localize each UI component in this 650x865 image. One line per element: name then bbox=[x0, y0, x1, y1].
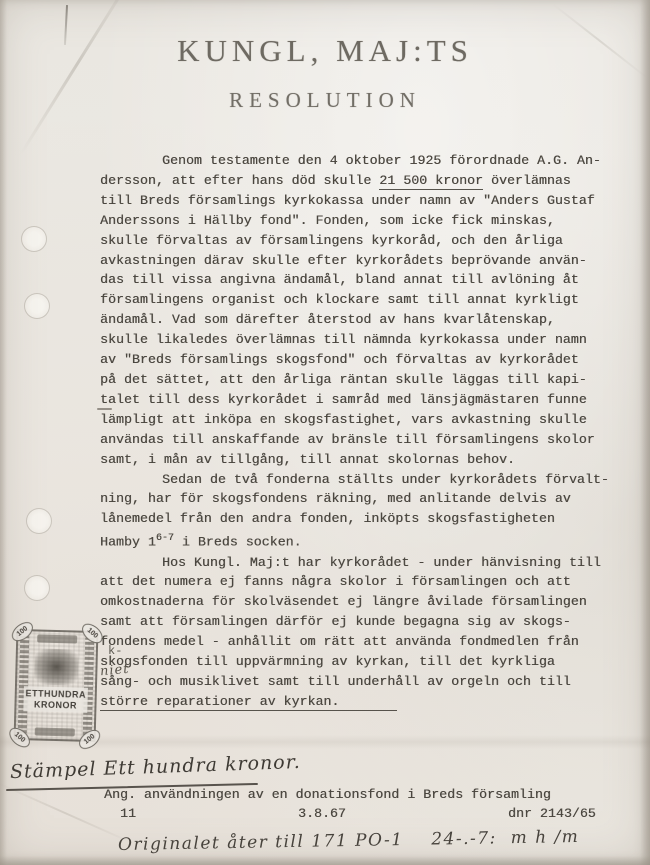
body-text: lämpligt att inköpa en skogsfastighet, v… bbox=[100, 412, 587, 427]
body-line: Sedan de två fonderna ställts under kyrk… bbox=[100, 470, 612, 490]
handwritten-stamp-note: Stämpel Ett hundra kronor. bbox=[10, 751, 301, 783]
footer-date: 3.8.67 bbox=[298, 806, 346, 821]
stamp-text-line2: KRONOR bbox=[23, 699, 87, 711]
body-text: Hos Kungl. Maj:t har kyrkorådet - under … bbox=[162, 555, 601, 570]
paper-edge bbox=[0, 0, 7, 865]
paper-edge bbox=[0, 856, 650, 865]
body-line: das till vissa angivna ändamål, bland an… bbox=[100, 270, 612, 290]
body-text: överlämnas bbox=[483, 173, 571, 188]
body-line: lämpligt att inköpa en skogsfastighet, v… bbox=[100, 410, 612, 430]
margin-fragment: niet bbox=[99, 662, 130, 680]
body-text: avkastningen därav skulle efter kyrkoråd… bbox=[100, 253, 587, 268]
body-line: skulle likaledes överlämnas till nämnda … bbox=[100, 330, 612, 350]
body-text: samt att församlingen därför ej kunde be… bbox=[100, 614, 571, 629]
document-body: Genom testamente den 4 oktober 1925 föro… bbox=[100, 151, 612, 712]
body-text: omkostnaderna för skolväsendet ej längre… bbox=[100, 594, 587, 609]
body-text: Anderssons i Hällby fond". Fonden, som i… bbox=[100, 213, 555, 228]
body-text: att det numera ej fanns några skolor i f… bbox=[100, 574, 571, 589]
footer-page-number: 11 bbox=[120, 806, 136, 821]
body-line: till Breds församlings kyrkokassa under … bbox=[100, 191, 612, 211]
superscript-text: 6-7 bbox=[156, 533, 174, 544]
body-text: Genom testamente den 4 oktober 1925 föro… bbox=[162, 153, 601, 168]
body-text: fondens medel - anhållit om rätt att anv… bbox=[100, 634, 579, 649]
body-line: församlingens organist och klockare samt… bbox=[100, 290, 612, 310]
footer-subject: Ang. användningen av en donationsfond i … bbox=[104, 787, 551, 802]
coat-of-arms-emblem bbox=[34, 648, 79, 685]
body-text: talet till dess kyrkorådet i samråd med … bbox=[100, 392, 587, 407]
body-text: dersson, att efter hans död skulle bbox=[100, 173, 379, 188]
body-line: Hos Kungl. Maj:t har kyrkorådet - under … bbox=[100, 553, 612, 573]
body-text: das till vissa angivna ändamål, bland an… bbox=[100, 272, 579, 287]
body-line: avkastningen därav skulle efter kyrkoråd… bbox=[100, 251, 612, 271]
body-line: att det numera ej fanns några skolor i f… bbox=[100, 572, 612, 592]
body-text: i Breds socken. bbox=[174, 535, 302, 550]
body-text: lånemedel från den andra fonden, inköpts… bbox=[100, 511, 555, 526]
body-line: på det sättet, att den årliga räntan sku… bbox=[100, 370, 612, 390]
body-text: samt, i mån av tillgång, till annat skol… bbox=[100, 452, 515, 467]
punch-hole bbox=[21, 226, 47, 252]
body-line: Hamby 16-7 i Breds socken. bbox=[100, 529, 612, 552]
punch-hole bbox=[24, 293, 50, 319]
punch-hole bbox=[24, 575, 50, 601]
body-text: skulle likaledes överlämnas till nämnda … bbox=[100, 332, 587, 347]
body-line: ning, har för skogsfondens räkning, med … bbox=[100, 489, 612, 509]
body-line: skogsfonden till uppvärmning av kyrkan, … bbox=[100, 652, 612, 672]
body-line: av "Breds församlings skogsfond" och för… bbox=[100, 350, 612, 370]
revenue-stamp: ETTHUNDRA KRONOR 100 100 100 100 bbox=[10, 626, 101, 745]
body-line: sång- och musiklivet samt till underhåll… bbox=[100, 672, 612, 692]
body-text: församlingens organist och klockare samt… bbox=[100, 292, 579, 307]
handwritten-bottom-note: Originalet åter till 171 PO-1 24-.-7: m … bbox=[118, 827, 580, 855]
body-text: på det sättet, att den årliga räntan sku… bbox=[100, 372, 587, 387]
stamp-denomination-text: ETTHUNDRA KRONOR bbox=[23, 686, 88, 713]
body-line: samt att församlingen därför ej kunde be… bbox=[100, 612, 612, 632]
body-text: ning, har för skogsfondens räkning, med … bbox=[100, 491, 571, 506]
body-line: Genom testamente den 4 oktober 1925 föro… bbox=[100, 151, 612, 171]
stamp-banner bbox=[35, 727, 75, 736]
paragraph: Genom testamente den 4 oktober 1925 föro… bbox=[100, 151, 612, 470]
body-text: skulle förvaltas av församlingens kyrkor… bbox=[100, 233, 563, 248]
underlined-text: 21 500 kronor bbox=[379, 173, 483, 190]
body-line: dersson, att efter hans död skulle 21 50… bbox=[100, 171, 612, 191]
page-subtitle: RESOLUTION bbox=[0, 88, 650, 113]
punch-hole bbox=[26, 508, 52, 534]
body-text: användas till anskaffande av bränsle til… bbox=[100, 432, 595, 447]
body-line: skulle förvaltas av församlingens kyrkor… bbox=[100, 231, 612, 251]
body-text: Sedan de två fonderna ställts under kyrk… bbox=[162, 472, 609, 487]
underlined-text: större reparationer av kyrkan. bbox=[100, 694, 397, 711]
body-line: samt, i mån av tillgång, till annat skol… bbox=[100, 450, 612, 470]
body-text: av "Breds församlings skogsfond" och för… bbox=[100, 352, 579, 367]
body-text: Hamby 1 bbox=[100, 535, 156, 550]
stamp-banner bbox=[37, 634, 77, 643]
body-line: Anderssons i Hällby fond". Fonden, som i… bbox=[100, 211, 612, 231]
body-line: omkostnaderna för skolväsendet ej längre… bbox=[100, 592, 612, 612]
body-text: till Breds församlings kyrkokassa under … bbox=[100, 193, 595, 208]
body-text: sång- och musiklivet samt till underhåll… bbox=[100, 674, 571, 689]
page-title: KUNGL, MAJ:TS bbox=[0, 33, 650, 69]
body-text: ändamål. Vad som därefter återstod av ha… bbox=[100, 312, 555, 327]
paper-crease-top-left bbox=[19, 0, 135, 155]
body-line: större reparationer av kyrkan. bbox=[100, 692, 612, 712]
body-line: ändamål. Vad som därefter återstod av ha… bbox=[100, 310, 612, 330]
margin-fragment: k- bbox=[108, 644, 122, 658]
body-line: fondens medel - anhållit om rätt att anv… bbox=[100, 632, 612, 652]
body-text: skogsfonden till uppvärmning av kyrkan, … bbox=[100, 654, 555, 669]
body-line: användas till anskaffande av bränsle til… bbox=[100, 430, 612, 450]
paragraph: Sedan de två fonderna ställts under kyrk… bbox=[100, 470, 612, 553]
body-line: lånemedel från den andra fonden, inköpts… bbox=[100, 509, 612, 529]
paper-edge bbox=[640, 0, 650, 865]
body-line: talet till dess kyrkorådet i samråd med … bbox=[100, 390, 612, 410]
paragraph: Hos Kungl. Maj:t har kyrkorådet - under … bbox=[100, 553, 612, 712]
document-page: KUNGL, MAJ:TS RESOLUTION Genom testament… bbox=[0, 0, 650, 865]
footer-dnr: dnr 2143/65 bbox=[508, 806, 596, 821]
stamp-text-line1: ETTHUNDRA bbox=[24, 688, 88, 700]
